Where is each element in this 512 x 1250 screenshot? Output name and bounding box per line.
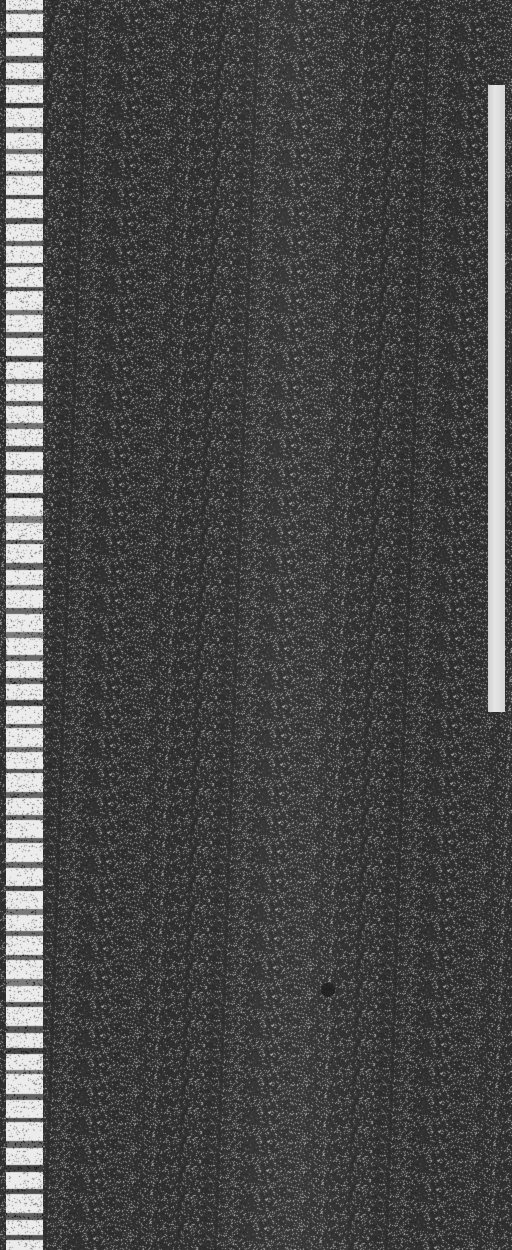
oil-stain [321, 983, 335, 997]
road-photo: Top-down photograph of an asphalt road s… [0, 0, 512, 1250]
asphalt-surface [0, 0, 512, 1250]
left-dashed-edge-marking [6, 0, 43, 1250]
right-lane-line [488, 85, 505, 712]
